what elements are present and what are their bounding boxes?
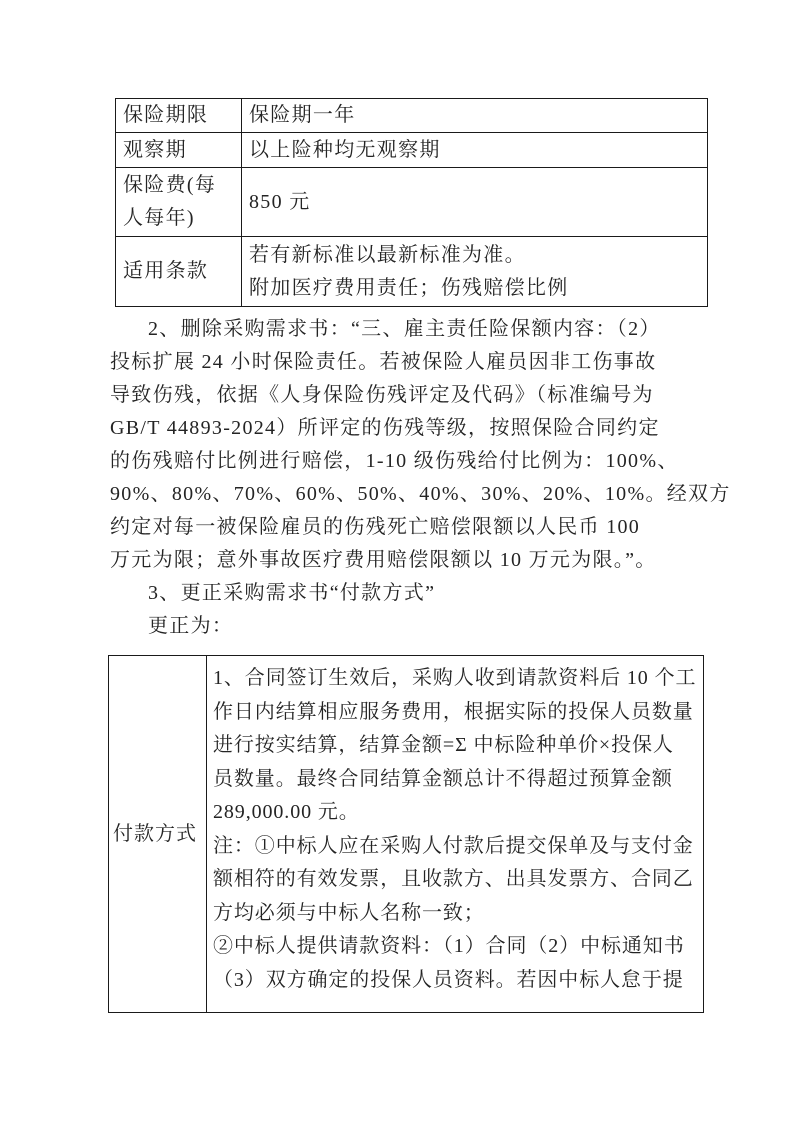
row-value-cell: 850 元: [242, 168, 708, 237]
text-line: 的伤残赔付比例进行赔偿，1-10 级伤残给付比例为：100%、: [110, 445, 688, 478]
text-line: 投标扩展 24 小时保险责任。若被保险人雇员因非工伤事故: [110, 346, 688, 379]
text-line: 万元为限；意外事故医疗费用赔偿限额以 10 万元为限。”。: [110, 544, 688, 577]
text-line: 约定对每一被保险雇员的伤残死亡赔偿限额以人民币 100: [110, 511, 688, 544]
text-line: 1、合同签订生效后，采购人收到请款资料后 10 个工: [213, 662, 701, 696]
text-line-corrected-to: 更正为：: [110, 610, 688, 643]
row-value-cell: 以上险种均无观察期: [242, 133, 708, 168]
text-line-correction-heading: 3、更正采购需求书“付款方式”: [110, 577, 688, 610]
text-line: 导致伤残，依据《人身保险伤残评定及代码》（标准编号为: [110, 379, 688, 412]
table-row-premium: 保险费(每 人每年) 850 元: [116, 168, 708, 237]
text-line: 注：①中标人应在采购人付款后提交保单及与支付金: [213, 830, 701, 864]
document-page: 保险期限 保险期一年 观察期 以上险种均无观察期 保险费(每 人每年) 850 …: [0, 0, 793, 1122]
insurance-info-table: 保险期限 保险期一年 观察期 以上险种均无观察期 保险费(每 人每年) 850 …: [115, 98, 708, 307]
table-row-insurance-term: 保险期限 保险期一年: [116, 99, 708, 133]
row-label-cell: 观察期: [116, 133, 242, 168]
table-row-payment-method: 付款方式 1、合同签订生效后，采购人收到请款资料后 10 个工 作日内结算相应服…: [109, 656, 704, 1013]
row-label-cell: 付款方式: [109, 656, 207, 1013]
text-line: 90%、80%、70%、60%、50%、40%、30%、20%、10%。经双方: [110, 478, 688, 511]
text-line-budget-amount: 289,000.00 元。: [213, 796, 701, 830]
table-row-applicable-clauses: 适用条款 若有新标准以最新标准为准。 附加医疗费用责任；伤残赔偿比例: [116, 237, 708, 307]
text-line: 员数量。最终合同结算金额总计不得超过预算金额: [213, 763, 701, 797]
row-value-cell: 若有新标准以最新标准为准。 附加医疗费用责任；伤残赔偿比例: [242, 237, 708, 307]
payment-method-table: 付款方式 1、合同签订生效后，采购人收到请款资料后 10 个工 作日内结算相应服…: [108, 655, 704, 1013]
table-row-observation-period: 观察期 以上险种均无观察期: [116, 133, 708, 168]
text-line: 额相符的有效发票，且收款方、出具发票方、合同乙: [213, 863, 701, 897]
row-value-cell: 保险期一年: [242, 99, 708, 133]
row-label-cell: 适用条款: [116, 237, 242, 307]
row-label-cell: 保险期限: [116, 99, 242, 133]
text-line: ②中标人提供请款资料：（1）合同（2）中标通知书: [213, 930, 701, 964]
text-line: 作日内结算相应服务费用，根据实际的投保人员数量: [213, 696, 701, 730]
body-text: 2、删除采购需求书：“三、雇主责任险保额内容：（2） 投标扩展 24 小时保险责…: [110, 313, 688, 643]
row-label-cell: 保险费(每 人每年): [116, 168, 242, 237]
text-line: 2、删除采购需求书：“三、雇主责任险保额内容：（2）: [110, 313, 688, 346]
text-line: 方均必须与中标人名称一致；: [213, 897, 701, 931]
text-line: GB/T 44893-2024）所评定的伤残等级，按照保险合同约定: [110, 412, 688, 445]
row-value-cell: 1、合同签订生效后，采购人收到请款资料后 10 个工 作日内结算相应服务费用，根…: [207, 656, 704, 1013]
text-line: 进行按实结算，结算金额=Σ 中标险种单价×投保人: [213, 729, 701, 763]
text-line: （3）双方确定的投保人员资料。若因中标人怠于提: [213, 964, 701, 998]
